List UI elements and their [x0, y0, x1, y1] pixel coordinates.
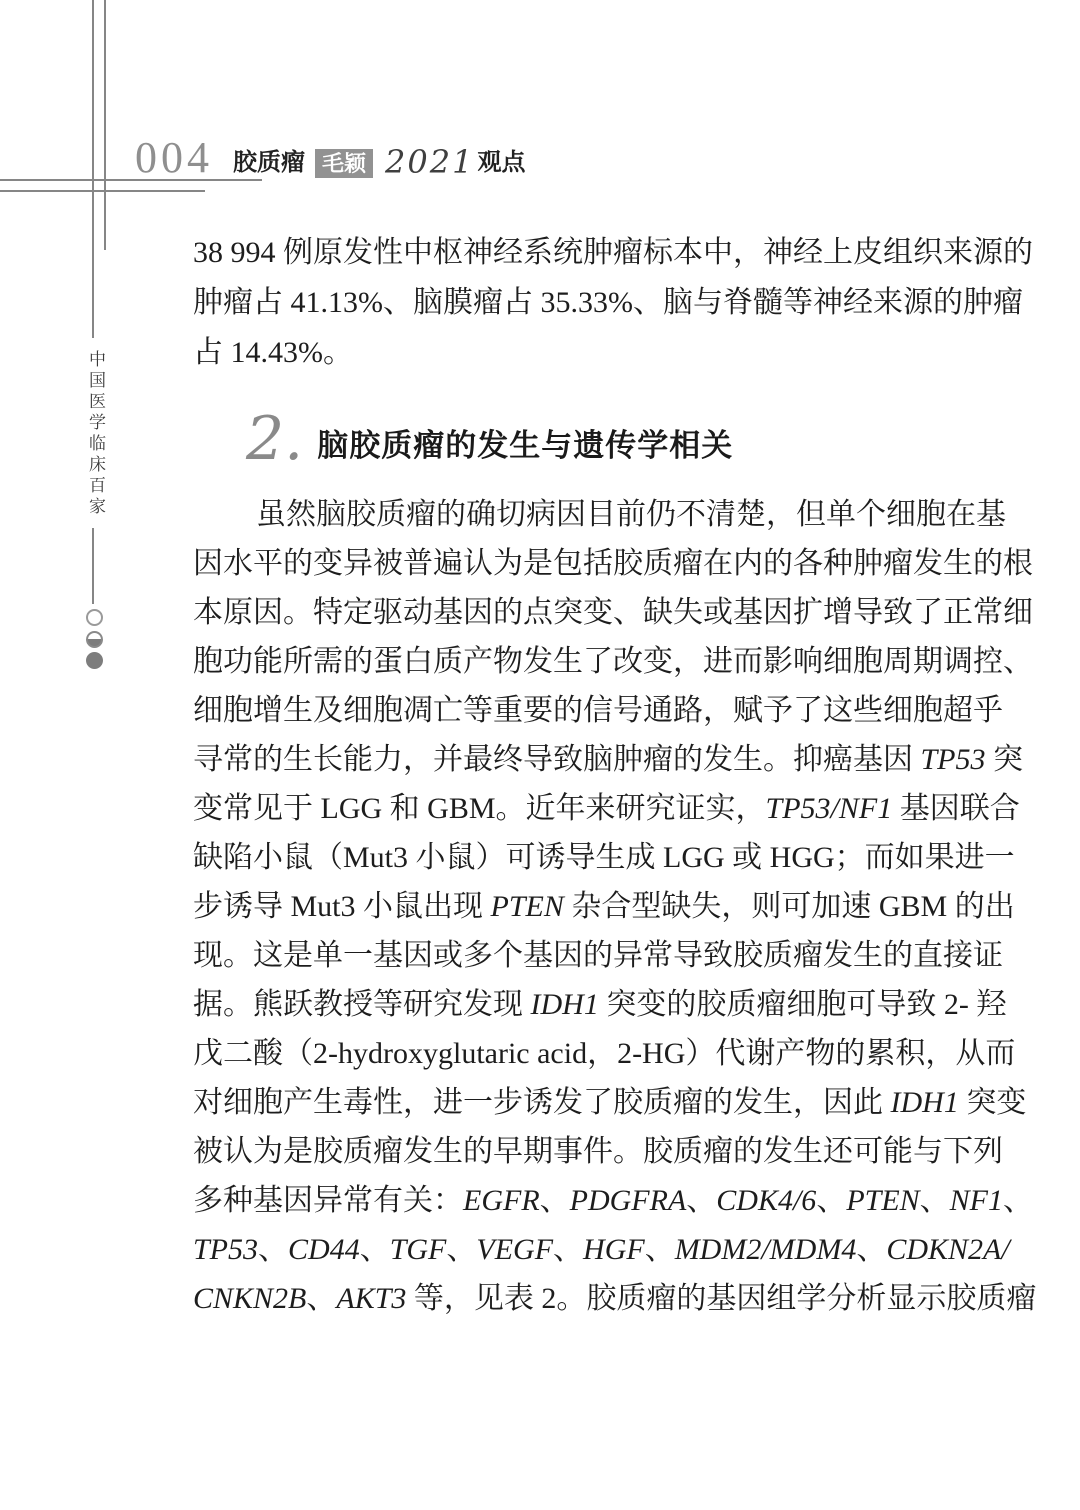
text-line: 寻常的生长能力，并最终导致脑肿瘤的发生。抑癌基因 TP53 突 [193, 735, 965, 784]
gene-name: AKT3 [336, 1282, 406, 1315]
text-segment: 、 [856, 1233, 886, 1266]
text-line: 现。这是单一基因或多个基因的异常导致胶质瘤发生的直接证 [193, 931, 965, 980]
text-segment: 细胞增生及细胞凋亡等重要的信号通路，赋予了这些细胞超乎 [193, 694, 1003, 727]
text-segment: 步诱导 Mut3 小鼠出现 [193, 890, 491, 923]
text-line: 因水平的变异被普遍认为是包括胶质瘤在内的各种肿瘤发生的根 [193, 539, 965, 588]
text-line: 本原因。特定驱动基因的点突变、缺失或基因扩增导致了正常细 [193, 588, 965, 637]
gene-name: PDGFRA [570, 1184, 687, 1217]
book-page: 004 胶质瘤 毛颖 2021 观点 中国医学临床百家 38 994 例原发性中… [0, 0, 1080, 1510]
text-segment: 、 [686, 1184, 716, 1217]
gene-name: MDM2/MDM4 [675, 1233, 857, 1266]
header-underline-short [0, 190, 205, 192]
deco-vertical-line-outer [92, 0, 94, 338]
page-number: 004 [135, 138, 213, 178]
text-segment: 虽然脑胶质瘤的确切病因目前仍不清楚，但单个细胞在基 [256, 498, 1006, 531]
text-segment: 、 [446, 1233, 476, 1266]
section-number: 2. [246, 410, 303, 468]
text-line: 细胞增生及细胞凋亡等重要的信号通路，赋予了这些细胞超乎 [193, 686, 965, 735]
gene-name: IDH1 [891, 1086, 959, 1119]
paragraph-genetics: 虽然脑胶质瘤的确切病因目前仍不清楚，但单个细胞在基 因水平的变异被普遍认为是包括… [193, 490, 965, 1323]
text-line: 虽然脑胶质瘤的确切病因目前仍不清楚，但单个细胞在基 [193, 490, 965, 539]
text-segment: 突变的胶质瘤细胞可导致 2- 羟 [599, 988, 1007, 1021]
text-segment: 寻常的生长能力，并最终导致脑肿瘤的发生。抑癌基因 [193, 743, 921, 776]
text-segment: 、 [306, 1282, 336, 1315]
gene-name: CDK4/6 [716, 1184, 816, 1217]
text-line: 步诱导 Mut3 小鼠出现 PTEN 杂合型缺失，则可加速 GBM 的出 [193, 882, 965, 931]
gene-name: VEGF [476, 1233, 553, 1266]
sidebar-series-name: 中国医学临床百家 [83, 350, 108, 518]
gene-name: TGF [390, 1233, 447, 1266]
gene-name: EGFR [463, 1184, 540, 1217]
gene-name: HGF [583, 1233, 645, 1266]
text-segment: 变常见于 LGG 和 GBM。近年来研究证实， [193, 792, 766, 825]
text-line: 胞功能所需的蛋白质产物发生了改变，进而影响细胞周期调控、 [193, 637, 965, 686]
text-segment: 基因联合 [892, 792, 1020, 825]
text-line: 占 14.43%。 [193, 328, 965, 378]
text-segment: 突 [986, 743, 1024, 776]
section-title: 脑胶质瘤的发生与遗传学相关 [317, 426, 733, 466]
text-segment: 胞功能所需的蛋白质产物发生了改变，进而影响细胞周期调控、 [193, 645, 1033, 678]
deco-vertical-line-inner [104, 0, 106, 250]
sidebar-rule [92, 528, 94, 604]
text-line: 据。熊跃教授等研究发现 IDH1 突变的胶质瘤细胞可导致 2- 羟 [193, 980, 965, 1029]
gene-name: PTEN [846, 1184, 919, 1217]
text-segment: 、 [645, 1233, 675, 1266]
text-line: 对细胞产生毒性，进一步诱发了胶质瘤的发生，因此 IDH1 突变 [193, 1078, 965, 1127]
gene-name: TP53 [921, 743, 986, 776]
gene-name: CDKN2A/ [886, 1233, 1009, 1266]
gene-name: TP53 [193, 1233, 258, 1266]
author-badge: 毛颖 [315, 149, 373, 178]
gene-name: NF1 [950, 1184, 1003, 1217]
text-segment: 杂合型缺失，则可加速 GBM 的出 [564, 890, 1015, 923]
text-segment: 缺陷小鼠（Mut3 小鼠）可诱导生成 LGG 或 HGG；而如果进一 [193, 841, 1015, 874]
book-series-title: 胶质瘤 [233, 148, 305, 178]
text-segment: 等，见表 2。胶质瘤的基因组学分析显示胶质瘤 [406, 1282, 1036, 1315]
text-segment: 、 [920, 1184, 950, 1217]
text-segment: 、 [1003, 1184, 1033, 1217]
page-header: 004 胶质瘤 毛颖 2021 观点 [135, 138, 525, 178]
text-segment: 对细胞产生毒性，进一步诱发了胶质瘤的发生，因此 [193, 1086, 891, 1119]
text-line: 多种基因异常有关：EGFR、PDGFRA、CDK4/6、PTEN、NF1、 [193, 1176, 965, 1225]
text-line: 被认为是胶质瘤发生的早期事件。胶质瘤的发生还可能与下列 [193, 1127, 965, 1176]
text-line: 肿瘤占 41.13%、脑膜瘤占 35.33%、脑与脊髓等神经来源的肿瘤 [193, 278, 965, 328]
text-segment: 、 [540, 1184, 570, 1217]
text-segment: 、 [360, 1233, 390, 1266]
text-segment: 被认为是胶质瘤发生的早期事件。胶质瘤的发生还可能与下列 [193, 1135, 1003, 1168]
text-segment: 多种基因异常有关： [193, 1184, 463, 1217]
gene-name: TP53/NF1 [766, 792, 893, 825]
text-segment: 、 [816, 1184, 846, 1217]
header-underline [0, 179, 262, 181]
edition-suffix: 观点 [477, 148, 525, 178]
edition-year: 2021 [385, 146, 474, 178]
text-segment: 、 [258, 1233, 288, 1266]
text-segment: 本原因。特定驱动基因的点突变、缺失或基因扩增导致了正常细 [193, 596, 1033, 629]
text-line: TP53、CD44、TGF、VEGF、HGF、MDM2/MDM4、CDKN2A/ [193, 1225, 965, 1274]
circle-half-filled-icon [86, 631, 103, 648]
text-segment: 据。熊跃教授等研究发现 [193, 988, 531, 1021]
gene-name: PTEN [491, 890, 564, 923]
circle-filled-icon [86, 652, 103, 669]
text-line: 缺陷小鼠（Mut3 小鼠）可诱导生成 LGG 或 HGG；而如果进一 [193, 833, 965, 882]
gene-name: CD44 [288, 1233, 360, 1266]
text-line: 38 994 例原发性中枢神经系统肿瘤标本中，神经上皮组织来源的 [193, 228, 965, 278]
text-segment: 突变 [959, 1086, 1027, 1119]
paragraph-statistics: 38 994 例原发性中枢神经系统肿瘤标本中，神经上皮组织来源的 肿瘤占 41.… [193, 228, 965, 378]
text-line: 戊二酸（2-hydroxyglutaric acid，2-HG）代谢产物的累积，… [193, 1029, 965, 1078]
text-segment: 因水平的变异被普遍认为是包括胶质瘤在内的各种肿瘤发生的根 [193, 547, 1033, 580]
circle-outline-icon [86, 609, 103, 626]
text-segment: 现。这是单一基因或多个基因的异常导致胶质瘤发生的直接证 [193, 939, 1003, 972]
text-line: CNKN2B、AKT3 等，见表 2。胶质瘤的基因组学分析显示胶质瘤 [193, 1274, 965, 1323]
text-line: 变常见于 LGG 和 GBM。近年来研究证实，TP53/NF1 基因联合 [193, 784, 965, 833]
section-heading: 2. 脑胶质瘤的发生与遗传学相关 [246, 410, 733, 468]
gene-name: IDH1 [531, 988, 599, 1021]
gene-name: CNKN2B [193, 1282, 306, 1315]
text-segment: 戊二酸（2-hydroxyglutaric acid，2-HG）代谢产物的累积，… [193, 1037, 1015, 1070]
text-segment: 、 [553, 1233, 583, 1266]
